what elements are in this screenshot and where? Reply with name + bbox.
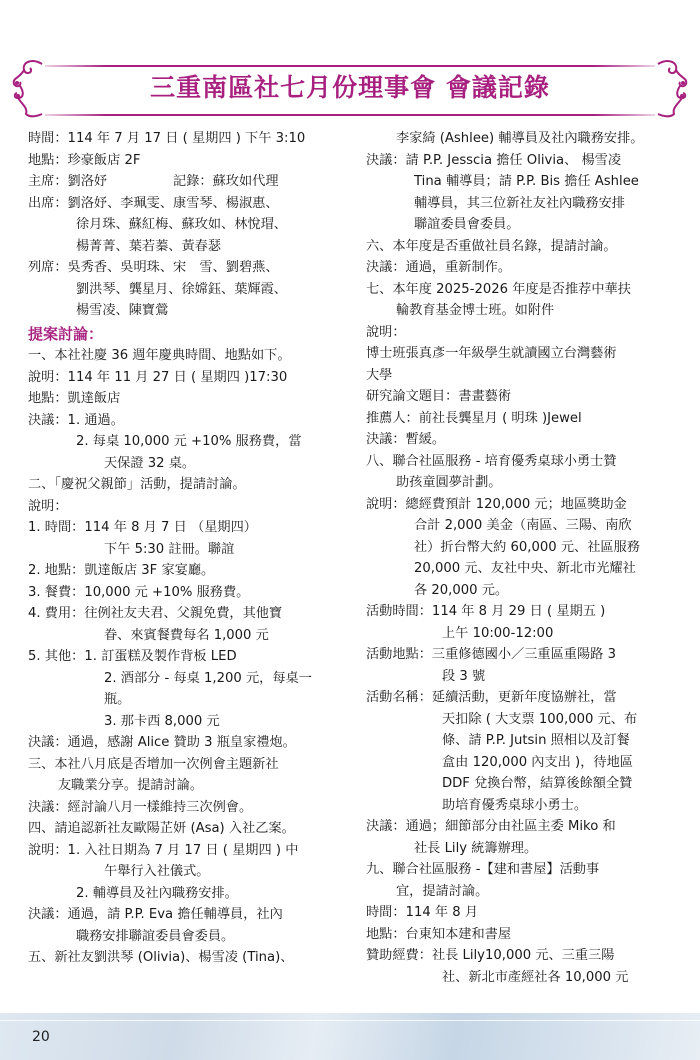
text-line: 盒由 120,000 內支出 )，待地區 bbox=[366, 752, 678, 774]
ornament-scroll-icon bbox=[652, 52, 692, 122]
text-line: 決議：通過，感謝 Alice 贊助 3 瓶皇家禮炮。 bbox=[28, 732, 348, 754]
text-line: 時間：114 年 7 月 17 日 ( 星期四 ) 下午 3:10 bbox=[28, 128, 348, 150]
text-line: 決議：經討論八月一樣維持三次例會。 bbox=[28, 797, 348, 819]
page-title: 三重南區社七月份理事會 會議記錄 bbox=[0, 68, 700, 104]
text-line: 八、聯合社區服務 - 培育優秀桌球小勇士贊 bbox=[366, 451, 678, 473]
text-line: 活動地點：三重修德國小／三重區重陽路 3 bbox=[366, 644, 678, 666]
text-line: 列席：吳秀香、吳明珠、宋 雪、劉碧燕、 bbox=[28, 257, 348, 279]
text-line: 博士班張真彥一年級學生就讀國立台灣藝術 bbox=[366, 343, 678, 365]
text-line: 推薦人：前社長龔星月 ( 明珠 )Jewel bbox=[366, 408, 678, 430]
text-line: 大學 bbox=[366, 365, 678, 387]
text-line: 地點：凱達飯店 bbox=[28, 388, 348, 410]
text-line: Tina 輔導員；請 P.P. Bis 擔任 Ashlee bbox=[366, 171, 678, 193]
text-line: 眷、來賓餐費每名 1,000 元 bbox=[28, 625, 348, 647]
text-line: 李家綺 (Ashlee) 輔導員及社內職務安排。 bbox=[366, 128, 678, 150]
text-line: 社長 Lily 統籌辦理。 bbox=[366, 838, 678, 860]
text-line: 二、「慶祝父親節」活動，提請討論。 bbox=[28, 474, 348, 496]
text-line: 活動名稱：延續活動，更新年度協辦社，當 bbox=[366, 687, 678, 709]
text-line: 2. 地點：凱達飯店 3F 家宴廳。 bbox=[28, 560, 348, 582]
text-line: 說明：總經費預計 120,000 元；地區獎助金 bbox=[366, 494, 678, 516]
text-line: 條、請 P.P. Jutsin 照相以及訂餐 bbox=[366, 730, 678, 752]
text-line: 2. 每桌 10,000 元 +10% 服務費，當 bbox=[28, 431, 348, 453]
text-line: 決議：通過，重新制作。 bbox=[366, 257, 678, 279]
page-footer: 20 bbox=[0, 1013, 700, 1060]
text-line: 說明： bbox=[366, 322, 678, 344]
text-line: 楊雪凌、陳寶鶯 bbox=[28, 300, 348, 322]
footer-divider bbox=[0, 1020, 700, 1021]
text-line: 2. 輔導員及社內職務安排。 bbox=[28, 883, 348, 905]
text-line: 四、請追認新社友歐陽芷妍 (Asa) 入社乙案。 bbox=[28, 818, 348, 840]
text-line: 上午 10:00-12:00 bbox=[366, 623, 678, 645]
text-line: 合計 2,000 美金（南區、三陽、南欣 bbox=[366, 515, 678, 537]
text-line: 5. 其他：1. 訂蛋糕及製作背板 LED bbox=[28, 646, 348, 668]
text-line: 贊助經費：社長 Lily10,000 元、三重三陽 bbox=[366, 945, 678, 967]
text-line: 七、本年度 2025-2026 年度是否推荐中華扶 bbox=[366, 279, 678, 301]
text-line: 天扣除 ( 大支票 100,000 元、布 bbox=[366, 709, 678, 731]
text-line: 徐月珠、蘇紅梅、蘇玫如、林悅瑁、 bbox=[28, 214, 348, 236]
text-line: 說明：1. 入社日期為 7 月 17 日 ( 星期四 ) 中 bbox=[28, 840, 348, 862]
header-rule-bottom bbox=[45, 114, 655, 116]
text-line: 各 20,000 元。 bbox=[366, 580, 678, 602]
page-number: 20 bbox=[32, 1029, 50, 1045]
text-line: 瓶。 bbox=[28, 689, 348, 711]
text-line: 地點：台東知本建和書屋 bbox=[366, 924, 678, 946]
text-line: 決議：暫緩。 bbox=[366, 429, 678, 451]
text-line: 宜，提請討論。 bbox=[366, 881, 678, 903]
text-line: 輪教育基金博士班。如附件 bbox=[366, 300, 678, 322]
text-line: 六、本年度是否重做社員名錄，提請討論。 bbox=[366, 236, 678, 258]
text-line: 活動時間：114 年 8 月 29 日 ( 星期五 ) bbox=[366, 601, 678, 623]
text-line: 決議：通過，請 P.P. Eva 擔任輔導員，社內 bbox=[28, 904, 348, 926]
text-line: 出席：劉洛妤、李珮雯、康雪琴、楊淑惠、 bbox=[28, 193, 348, 215]
text-line: 1. 時間：114 年 8 月 7 日 （星期四） bbox=[28, 517, 348, 539]
text-line: 3. 餐費：10,000 元 +10% 服務費。 bbox=[28, 582, 348, 604]
text-line: 3. 那卡西 8,000 元 bbox=[28, 711, 348, 733]
text-line: 五、新社友劉洪琴 (Olivia)、楊雪凌 (Tina)、 bbox=[28, 947, 348, 969]
text-line: 研究論文題目：書畫藝術 bbox=[366, 386, 678, 408]
text-line: 4. 費用：往例社友夫君、父親免費，其他寶 bbox=[28, 603, 348, 625]
page-header: 三重南區社七月份理事會 會議記錄 bbox=[0, 52, 700, 122]
text-line: 段 3 號 bbox=[366, 666, 678, 688]
text-line: 聯誼委員會委員。 bbox=[366, 214, 678, 236]
right-column: 李家綺 (Ashlee) 輔導員及社內職務安排。決議：請 P.P. Jessci… bbox=[366, 128, 678, 988]
text-line: 決議：通過；細節部分由社區主委 Miko 和 bbox=[366, 816, 678, 838]
text-line: 決議：1. 通過。 bbox=[28, 410, 348, 432]
text-line: 午舉行入社儀式。 bbox=[28, 861, 348, 883]
section-heading: 提案討論： bbox=[28, 324, 348, 346]
text-line: 地點：珍豪飯店 2F bbox=[28, 150, 348, 172]
text-line: 下午 5:30 註冊。聯誼 bbox=[28, 539, 348, 561]
text-line: 2. 酒部分 - 每桌 1,200 元，每桌一 bbox=[28, 668, 348, 690]
text-line: 輔導員，其三位新社友社內職務安排 bbox=[366, 193, 678, 215]
text-line: 三、本社八月底是否增加一次例會主題新社 bbox=[28, 754, 348, 776]
text-line: 職務安排聯誼委員會委員。 bbox=[28, 926, 348, 948]
text-line: 說明： bbox=[28, 496, 348, 518]
text-line: 天保證 32 桌。 bbox=[28, 453, 348, 475]
text-line: 決議：請 P.P. Jesscia 擔任 Olivia、 楊雪凌 bbox=[366, 150, 678, 172]
text-line: DDF 兌換台幣，結算後餘額全贊 bbox=[366, 773, 678, 795]
left-column: 時間：114 年 7 月 17 日 ( 星期四 ) 下午 3:10地點：珍豪飯店… bbox=[28, 128, 348, 969]
header-rule-top bbox=[45, 65, 655, 67]
text-line: 說明：114 年 11 月 27 日 ( 星期四 )17:30 bbox=[28, 367, 348, 389]
text-line: 主席：劉洛妤 記錄：蘇玫如代理 bbox=[28, 171, 348, 193]
text-line: 社、新北市產經社各 10,000 元 bbox=[366, 967, 678, 989]
text-line: 劉洪琴、龔星月、徐嫦鈺、葉輝霞、 bbox=[28, 279, 348, 301]
text-line: 楊菁菁、葉若蓁、黃春瑟 bbox=[28, 236, 348, 258]
text-line: 友職業分享。提請討論。 bbox=[28, 775, 348, 797]
text-line: 時間：114 年 8 月 bbox=[366, 902, 678, 924]
text-line: 20,000 元、友社中央、新北市光耀社 bbox=[366, 558, 678, 580]
text-line: 助孩童圓夢計劃。 bbox=[366, 472, 678, 494]
text-line: 一、本社社慶 36 週年慶典時間、地點如下。 bbox=[28, 345, 348, 367]
text-line: 九、聯合社區服務 -【建和書屋】活動事 bbox=[366, 859, 678, 881]
text-line: 社）折台幣大約 60,000 元、社區服務 bbox=[366, 537, 678, 559]
text-line: 助培育優秀桌球小勇士。 bbox=[366, 795, 678, 817]
